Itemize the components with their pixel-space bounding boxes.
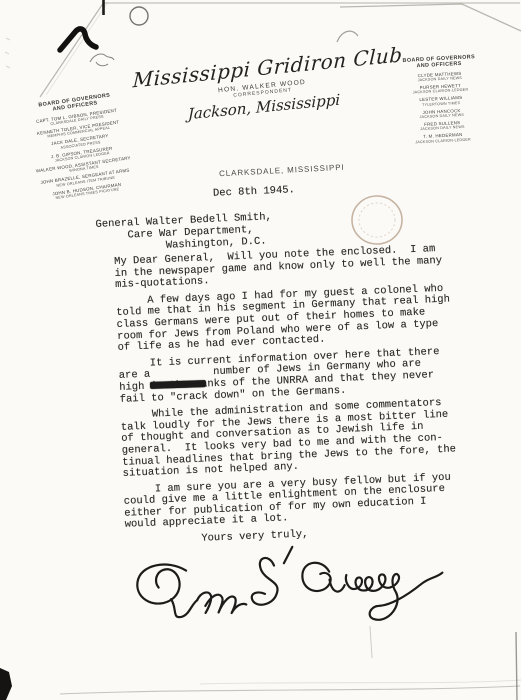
pencil-scribble [90,54,114,66]
paragraph-5: I am sure you are a very busy fellow but… [123,471,477,531]
date-line: Dec 8th 1945. [213,184,295,200]
letterhead-masthead: Mississippi Gridiron Club HON. WALKER WO… [132,44,393,128]
left-edge-ticks [5,38,10,68]
top-left-fold-shadow [46,2,108,95]
signature-tom-l-gibson [123,539,456,650]
paragraph-4: While the administration and some commen… [120,397,475,481]
board-of-governors-left: BOARD OF GOVERNORS AND OFFICERS CAPT. TO… [14,89,149,207]
bottom-left-ink-blob [0,668,12,700]
scanned-letter-page: BOARD OF GOVERNORS AND OFFICERS CAPT. TO… [0,0,521,700]
board-of-governors-right: BOARD OF GOVERNORS AND OFFICERS CLYDE MA… [386,53,497,148]
postal-stamp [352,196,402,244]
right-edge-line [516,632,517,700]
ink-smudge-mark [60,29,96,50]
top-right-sheet-edge [340,4,521,31]
recipient-address-block: General Walter Bedell Smith, Care War De… [95,211,273,255]
board-member: T. M. HEDERMAN JACKSON CLARION-LEDGER [390,130,496,145]
punch-hole-circle [130,7,148,25]
place-line: CLARKSDALE, MISSISSIPPI [219,163,345,179]
letter-body: My Dear General, Will you note the enclo… [114,243,477,549]
bottom-sheet-edge [60,686,520,694]
bottom-sheet-edge-2 [200,680,521,684]
top-curve-mark [337,31,358,42]
top-left-fold-edge [40,2,104,97]
paragraph-2: A few days ago I had for my guest a colo… [116,283,470,355]
